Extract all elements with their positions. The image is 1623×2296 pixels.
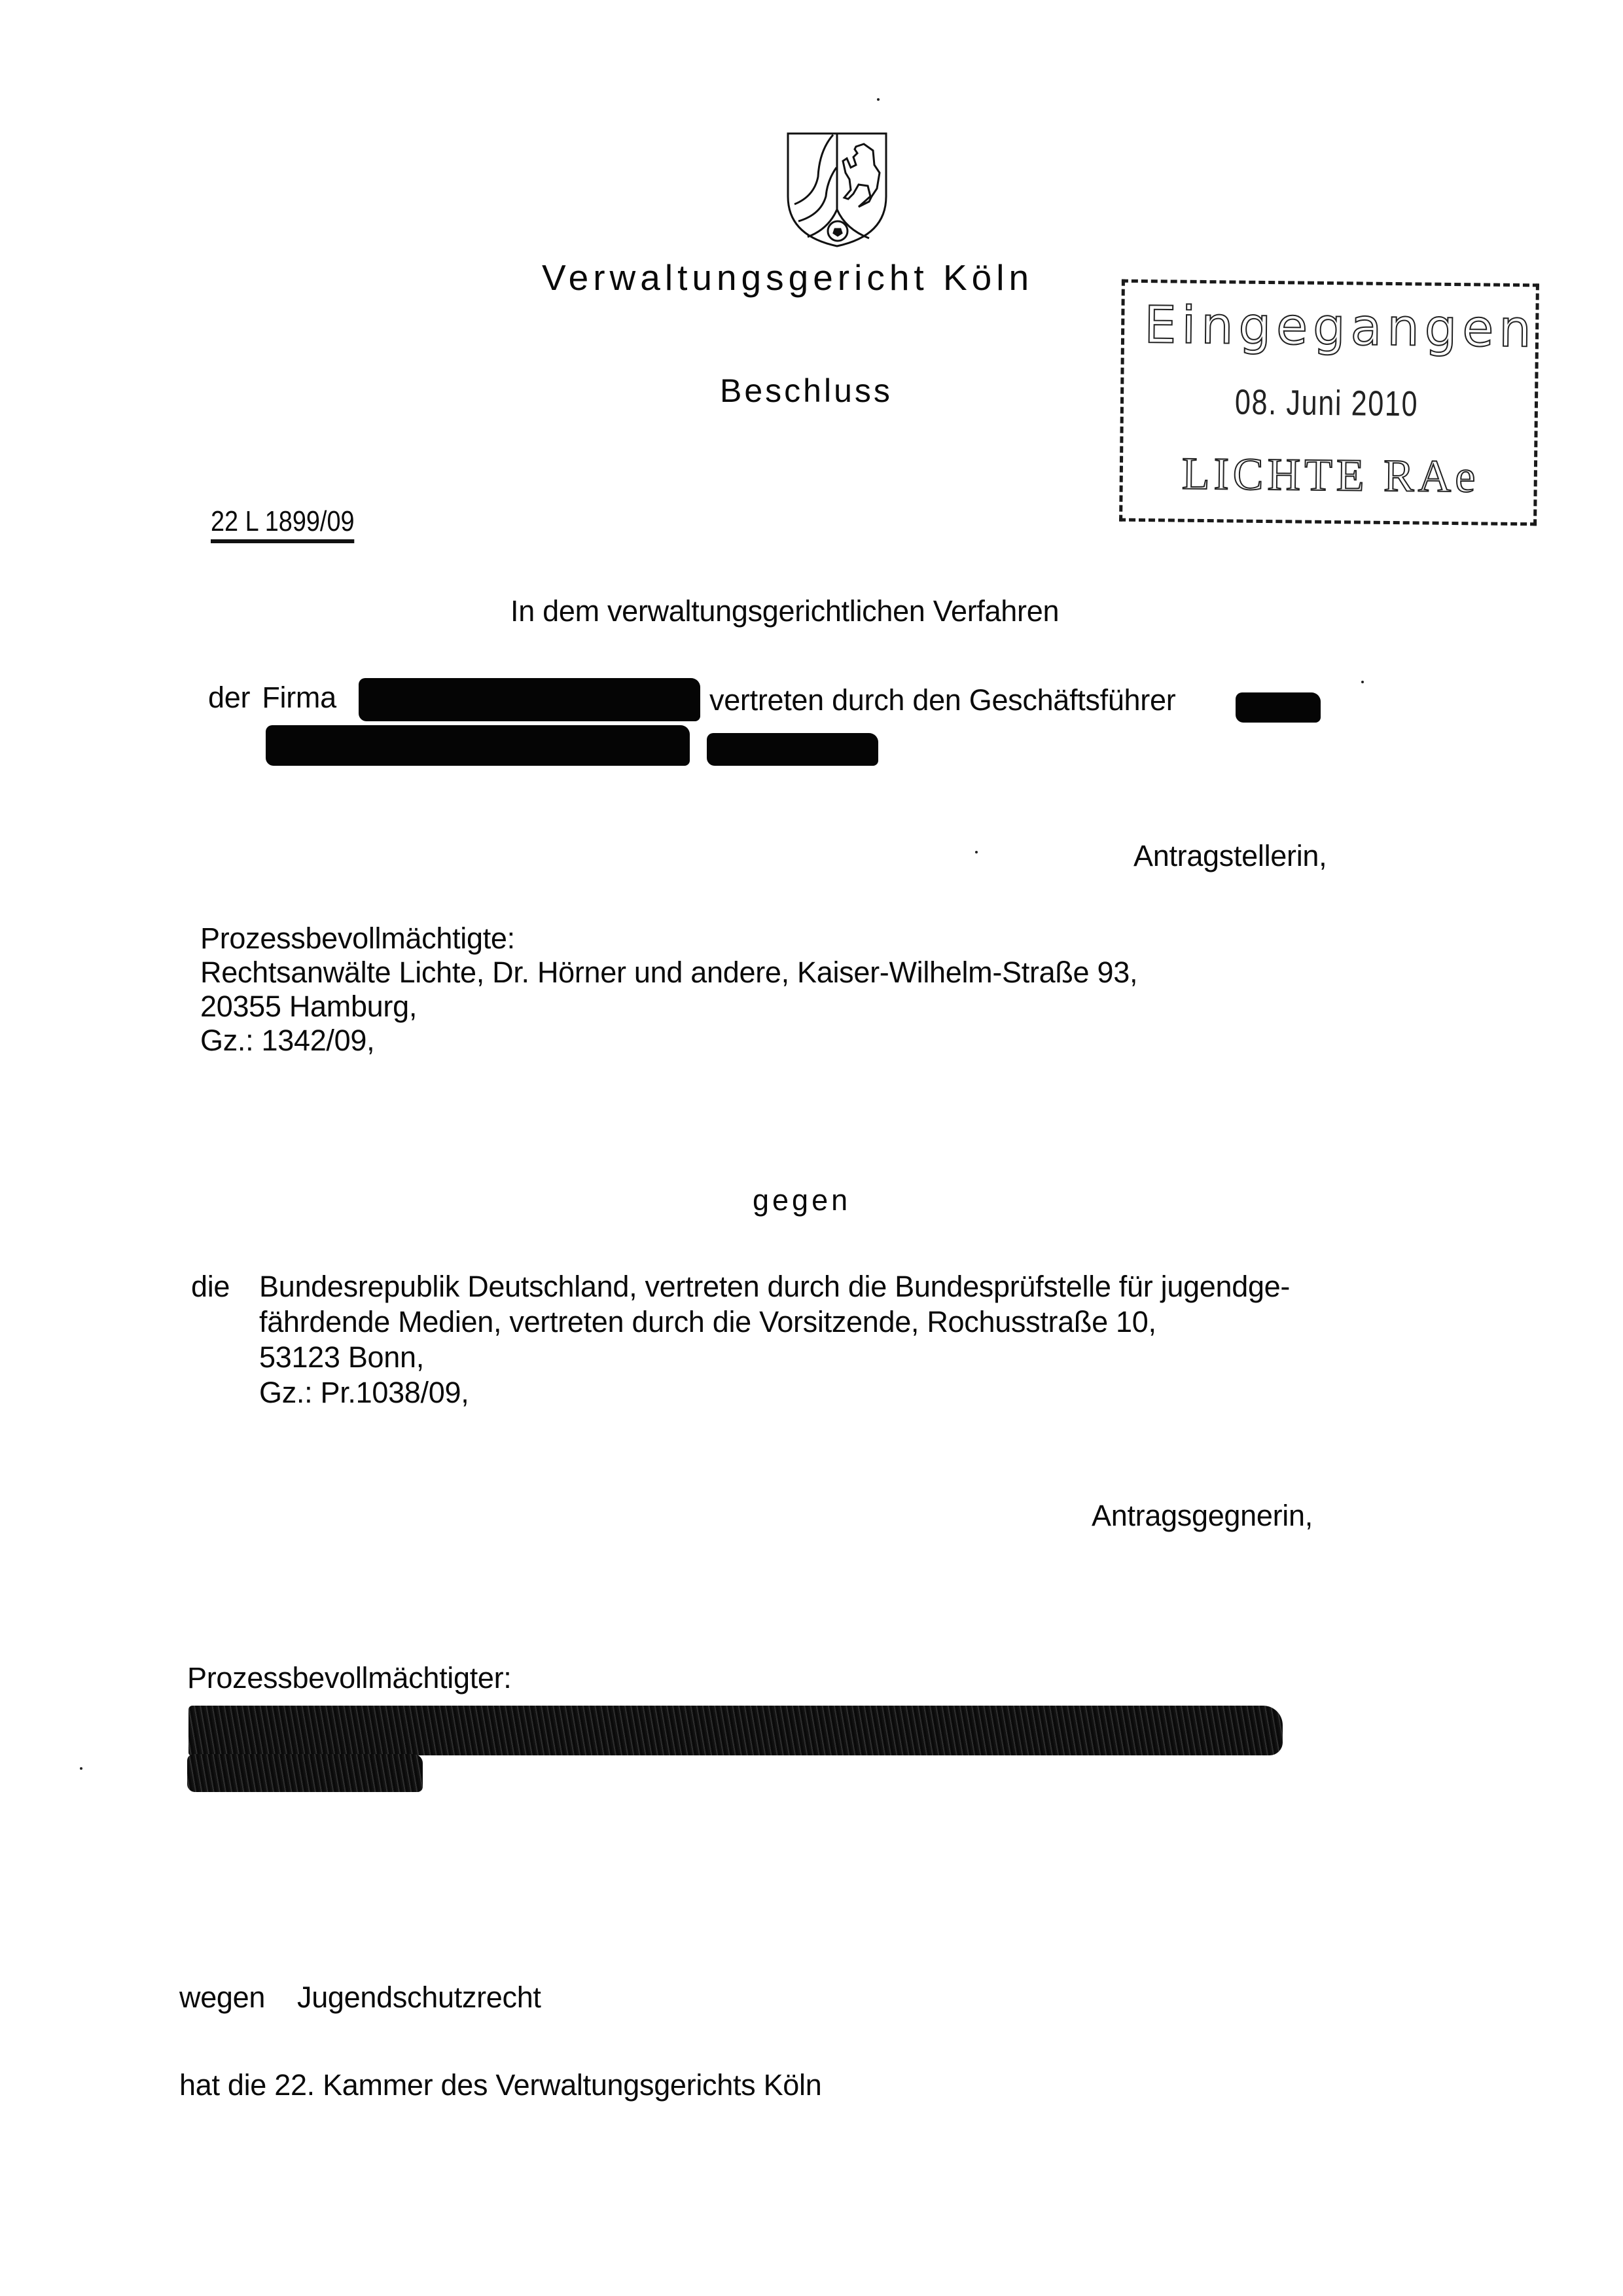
applicant-representation: vertreten durch den Geschäftsführer [709, 683, 1175, 717]
respondent-counsel-label: Prozessbevollmächtigter: [187, 1661, 512, 1695]
nrw-coat-of-arms-icon [785, 131, 890, 249]
redacted-company-name [359, 678, 700, 721]
respondent-city: 53123 Bonn, [259, 1340, 424, 1374]
received-stamp: Eingegangen 08. Juni 2010 LICHTE RAe [1119, 279, 1539, 526]
redacted-counsel-city [187, 1754, 423, 1792]
redacted-manager-name [1236, 692, 1321, 723]
redacted-address-city [707, 733, 878, 766]
document-type-title: Beschluss [720, 372, 893, 410]
scan-speck [1361, 681, 1364, 683]
subject-prefix: wegen [179, 1981, 265, 2015]
redacted-address-line [266, 725, 690, 766]
respondent-prefix: die [191, 1270, 230, 1304]
respondent-reference: Gz.: Pr.1038/09, [259, 1376, 469, 1410]
respondent-line-2: fährdende Medien, vertreten durch die Vo… [259, 1305, 1156, 1339]
court-name: Verwaltungsgericht Köln [542, 257, 1033, 298]
respondent-line-1: Bundesrepublik Deutschland, vertreten du… [259, 1270, 1290, 1304]
applicant-counsel-label: Prozessbevollmächtigte: [200, 922, 515, 956]
chamber-statement: hat die 22. Kammer des Verwaltungsgerich… [179, 2068, 821, 2102]
redacted-counsel-details [188, 1706, 1283, 1755]
applicant-counsel-city: 20355 Hamburg, [200, 990, 417, 1024]
applicant-counsel-firm: Rechtsanwälte Lichte, Dr. Hörner und and… [200, 956, 1137, 990]
applicant-counsel-reference: Gz.: 1342/09, [200, 1024, 374, 1058]
scan-speck [80, 1767, 82, 1770]
applicant-prefix: der Firma [208, 681, 336, 715]
stamp-date: 08. Juni 2010 [1235, 382, 1419, 424]
respondent-role: Antragsgegnerin, [1092, 1499, 1313, 1533]
scan-speck [877, 98, 880, 101]
case-number: 22 L 1899/09 [211, 505, 355, 543]
scan-speck [975, 851, 978, 853]
stamp-firm: LICHTE RAe [1181, 448, 1479, 504]
subject-value: Jugendschutzrecht [297, 1981, 541, 2015]
versus-label: gegen [753, 1183, 851, 1217]
applicant-role: Antragstellerin, [1133, 839, 1327, 873]
proceedings-intro: In dem verwaltungsgerichtlichen Verfahre… [510, 594, 1059, 628]
stamp-received-label: Eingegangen [1144, 296, 1537, 359]
